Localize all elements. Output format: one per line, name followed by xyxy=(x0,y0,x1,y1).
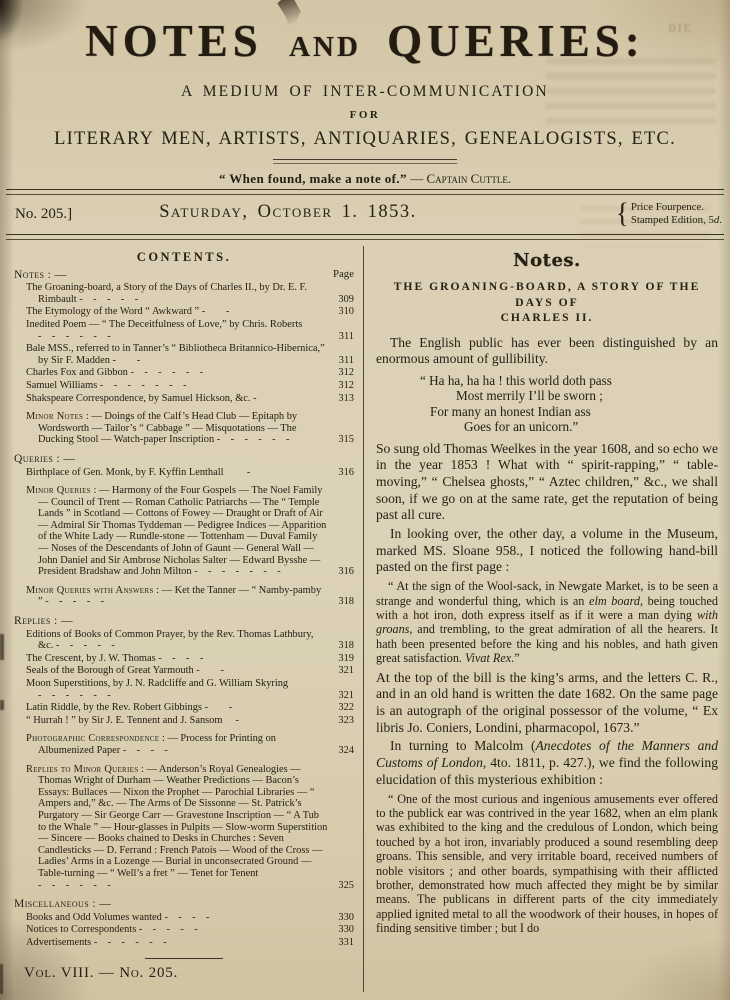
entry-page-number: 318 xyxy=(338,640,354,652)
page-column-label: Page xyxy=(333,269,354,281)
contents-entry: “ Hurrah ! ” by Sir J. E. Tennent and J.… xyxy=(26,715,354,727)
entry-text: Minor Queries with Answers : — Ket the T… xyxy=(26,585,321,608)
entry-text: Moon Superstitions, by J. N. Radcliffe a… xyxy=(26,678,288,701)
section-label-miscellaneous: Miscellaneous : — xyxy=(14,898,354,910)
contents-list-replies: Editions of Books of Common Prayer, by t… xyxy=(14,629,354,891)
entry-text: Books and Odd Volumes wanted - - - - xyxy=(26,912,209,923)
entry-text: Replies to Minor Queries : — Anderson’s … xyxy=(26,764,327,891)
publication-title: NOTES AND QUERIES: xyxy=(0,16,730,72)
entry-text: Minor Notes : — Doings of the Calf’s Hea… xyxy=(26,411,297,445)
entry-text: “ Hurrah ! ” by Sir J. E. Tennent and J.… xyxy=(26,715,239,726)
entry-text: Seals of the Borough of Great Yarmouth -… xyxy=(26,665,224,676)
contents-entry: Photographic Correspondence : — Process … xyxy=(26,733,354,756)
entry-page-number: 311 xyxy=(339,331,354,343)
price-line-2: Stamped Edition, 5d. xyxy=(631,214,722,227)
entry-page-number: 315 xyxy=(338,434,354,446)
entry-text: Charles Fox and Gibbon - - - - - - xyxy=(26,367,203,378)
title-word-queries: QUERIES: xyxy=(387,16,645,66)
entry-text: Shakspeare Correspondence, by Samuel Hic… xyxy=(26,393,257,404)
motto-attribution: — Captain Cuttle. xyxy=(410,171,511,186)
quoted-handbill-text: “ At the sign of the Wool-sack, in Newga… xyxy=(376,579,718,665)
contents-entry: Replies to Minor Queries : — Anderson’s … xyxy=(26,764,354,892)
entry-text: The Etymology of the Word “ Awkward ” - … xyxy=(26,306,229,317)
masthead-audience: LITERARY MEN, ARTISTS, ANTIQUARIES, GENE… xyxy=(0,129,730,150)
column-divider-rule xyxy=(363,246,364,992)
article-paragraph: The English public has ever been disting… xyxy=(376,335,718,368)
section-label-queries: Queries : — xyxy=(14,453,354,465)
contents-entry: Latin Riddle, by the Rev. Robert Gibbing… xyxy=(26,702,354,714)
contents-entry: Editions of Books of Common Prayer, by t… xyxy=(26,629,354,652)
title-word-notes: NOTES xyxy=(85,16,263,66)
contents-entry: Books and Odd Volumes wanted - - - - 330 xyxy=(26,912,354,924)
scan-edge-mark xyxy=(0,634,4,660)
entry-page-number: 309 xyxy=(338,294,354,306)
contents-entry: Moon Superstitions, by J. N. Radcliffe a… xyxy=(26,678,354,701)
scanned-page: 310 NOTES AND QUERIES: A MEDIUM OF INTER… xyxy=(0,0,730,1000)
price-brace: { xyxy=(616,197,629,230)
entry-text: Latin Riddle, by the Rev. Robert Gibbing… xyxy=(26,702,232,713)
masthead-subtitle: A MEDIUM OF INTER-COMMUNICATION xyxy=(0,83,730,101)
entry-text: The Groaning-board, a Story of the Days … xyxy=(26,282,307,305)
issue-date: Saturday, October 1. 1853. xyxy=(120,202,456,223)
entry-text: Samuel Williams - - - - - - - xyxy=(26,380,186,391)
scan-edge-mark xyxy=(0,700,4,710)
entry-page-number: 312 xyxy=(338,367,354,379)
volume-number-line: Vol. VIII. — No. 205. xyxy=(24,968,354,980)
contents-entry: Seals of the Borough of Great Yarmouth -… xyxy=(26,665,354,677)
article-title-line1: THE GROANING-BOARD, A STORY OF THE DAYS … xyxy=(394,280,701,309)
entry-page-number: 330 xyxy=(338,924,354,936)
contents-entry: Birthplace of Gen. Monk, by F. Kyffin Le… xyxy=(26,467,354,479)
contents-entry: The Groaning-board, a Story of the Days … xyxy=(26,282,354,305)
entry-page-number: 323 xyxy=(338,715,354,727)
contents-list-miscellaneous: Books and Odd Volumes wanted - - - - 330… xyxy=(14,912,354,949)
section-label-replies: Replies : — xyxy=(14,615,354,627)
article-paragraph: In turning to Malcolm (Anecdotes of the … xyxy=(376,738,718,788)
entry-page-number: 325 xyxy=(338,880,354,892)
entry-text: Minor Queries : — Harmony of the Four Go… xyxy=(26,485,326,577)
contents-entry: The Etymology of the Word “ Awkward ” - … xyxy=(26,306,354,318)
contents-entry: Minor Queries with Answers : — Ket the T… xyxy=(26,585,354,608)
quoted-malcolm-text: “ One of the most curious and ingenious … xyxy=(376,792,718,936)
horizontal-rule xyxy=(6,234,724,240)
entry-page-number: 316 xyxy=(338,467,354,479)
notes-section-heading: Notes. xyxy=(376,250,718,271)
section-label-notes: Notes : — xyxy=(14,269,67,281)
contents-entry: Inedited Poem — “ The Deceitfulness of L… xyxy=(26,319,354,342)
scan-edge-mark xyxy=(0,964,3,994)
entry-text: The Crescent, by J. W. Thomas - - - - xyxy=(26,653,203,664)
entry-text: Editions of Books of Common Prayer, by t… xyxy=(26,629,314,652)
contents-entry: Minor Queries : — Harmony of the Four Go… xyxy=(26,485,354,578)
entry-text: Photographic Correspondence : — Process … xyxy=(26,733,276,756)
price-line-1: Price Fourpence. xyxy=(631,201,722,214)
masthead-divider-rule xyxy=(273,159,457,164)
masthead-motto: “ When found, make a note of.” — Captain… xyxy=(0,171,730,187)
masthead-for: FOR xyxy=(0,109,730,121)
contents-entry: Bale MSS., referred to in Tanner’s “ Bib… xyxy=(26,343,354,366)
contents-entry: Shakspeare Correspondence, by Samuel Hic… xyxy=(26,393,354,405)
entry-page-number: 321 xyxy=(338,665,354,677)
entry-page-number: 319 xyxy=(338,653,354,665)
verse-quotation: “ Ha ha, ha ha ! this world doth pass Mo… xyxy=(420,373,718,435)
contents-header-row: Notes : — Page xyxy=(14,269,354,281)
entry-page-number: 330 xyxy=(338,912,354,924)
verse-line: “ Ha ha, ha ha ! this world doth pass xyxy=(420,373,718,388)
price-block: { Price Fourpence. Stamped Edition, 5d. xyxy=(616,198,722,229)
verse-line: Goes for an unicorn.” xyxy=(464,419,718,434)
entry-page-number: 331 xyxy=(338,937,354,949)
contents-entry: Notices to Correspondents - - - - - 330 xyxy=(26,924,354,936)
issue-bar: No. 205.] Saturday, October 1. 1853. { P… xyxy=(0,194,730,234)
issue-number: No. 205.] xyxy=(15,206,72,223)
price-lines: Price Fourpence. Stamped Edition, 5d. xyxy=(631,201,722,226)
contents-entry: Samuel Williams - - - - - - - 312 xyxy=(26,380,354,392)
motto-quote: “ When found, make a note of.” xyxy=(219,171,407,186)
article-paragraph: In looking over, the other day, a volume… xyxy=(376,526,718,576)
verse-line: Most merrily I’ll be sworn ; xyxy=(456,388,718,403)
entry-text: Birthplace of Gen. Monk, by F. Kyffin Le… xyxy=(26,467,250,478)
article-paragraph: So sung old Thomas Weelkes in the year 1… xyxy=(376,441,718,525)
entry-text: Notices to Correspondents - - - - - xyxy=(26,924,198,935)
article-title-line2: CHARLES II. xyxy=(501,311,594,324)
entry-page-number: 324 xyxy=(338,745,354,757)
entry-text: Inedited Poem — “ The Deceitfulness of L… xyxy=(26,319,302,342)
contents-column: CONTENTS. Notes : — Page The Groaning-bo… xyxy=(14,250,354,980)
masthead: NOTES AND QUERIES: A MEDIUM OF INTER-COM… xyxy=(0,0,730,187)
contents-entry: Advertisements - - - - - - 331 xyxy=(26,937,354,949)
entry-page-number: 310 xyxy=(338,306,354,318)
article-paragraph: At the top of the bill is the king’s arm… xyxy=(376,670,718,737)
notes-article-column: Notes. THE GROANING-BOARD, A STORY OF TH… xyxy=(376,250,718,940)
entry-page-number: 321 xyxy=(338,690,354,702)
contents-entry: Charles Fox and Gibbon - - - - - - 312 xyxy=(26,367,354,379)
contents-entry: Minor Notes : — Doings of the Calf’s Hea… xyxy=(26,411,354,446)
contents-list-queries: Birthplace of Gen. Monk, by F. Kyffin Le… xyxy=(14,467,354,609)
entry-page-number: 311 xyxy=(339,355,354,367)
entry-page-number: 313 xyxy=(338,393,354,405)
entry-page-number: 316 xyxy=(338,566,354,578)
contents-heading: CONTENTS. xyxy=(14,252,354,264)
contents-list-notes: The Groaning-board, a Story of the Days … xyxy=(14,282,354,446)
entry-page-number: 322 xyxy=(338,702,354,714)
entry-page-number: 318 xyxy=(338,596,354,608)
entry-text: Advertisements - - - - - - xyxy=(26,937,167,948)
entry-text: Bale MSS., referred to in Tanner’s “ Bib… xyxy=(26,343,325,366)
article-title: THE GROANING-BOARD, A STORY OF THE DAYS … xyxy=(376,279,718,326)
entry-page-number: 312 xyxy=(338,380,354,392)
contents-entry: The Crescent, by J. W. Thomas - - - - 31… xyxy=(26,653,354,665)
title-word-and: AND xyxy=(289,31,361,63)
footer-rule xyxy=(145,958,223,961)
verse-line: For many an honest Indian ass xyxy=(430,404,718,419)
